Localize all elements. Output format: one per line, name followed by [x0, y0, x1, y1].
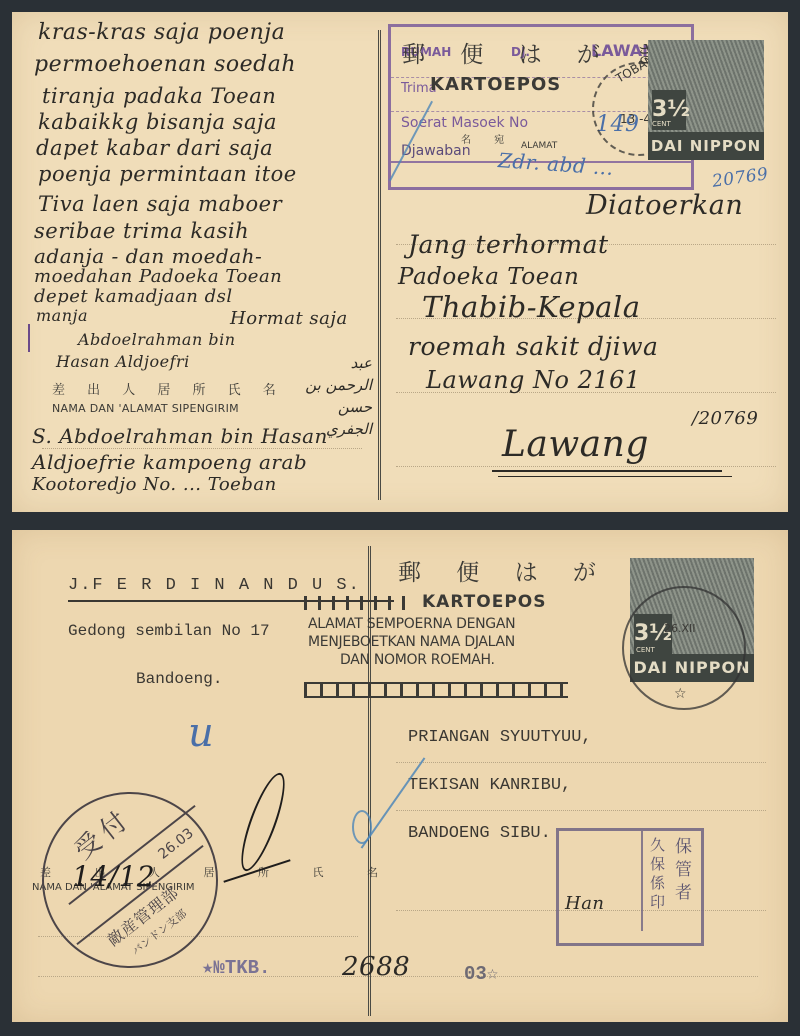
header-title: KARTOEPOS	[422, 592, 546, 612]
message-line: permoehoenan soedah	[34, 52, 296, 77]
registration-suffix: 03☆	[464, 962, 498, 985]
sender-label-japanese: 差 出 人 居 所 氏 名	[52, 379, 285, 398]
signature-line: Hasan Aldjoefri	[56, 352, 190, 371]
sender-address-line: S. Abdoelrahman bin Hasan	[32, 424, 328, 448]
address-line: PRIANGAN SYUUTYUU,	[408, 728, 592, 747]
sender-address: Gedong sembilan No 17	[68, 622, 270, 640]
address-line: Diatoerkan	[586, 190, 743, 221]
postmark: 26.XII ☆	[622, 586, 746, 710]
sender-label: NAMA DAN 'ALAMAT SIPENGIRIM	[52, 402, 239, 415]
blue-mark: u	[188, 710, 214, 756]
receipt-circle-stamp: 受付 26.03 14/12 敵産管理部 バンドン支部	[42, 792, 218, 968]
violet-mark	[28, 324, 30, 352]
message-line: Tiva laen saja maboer	[38, 192, 282, 216]
dotted-line	[396, 466, 776, 467]
message-line: depet kamadjaan dsl	[34, 286, 233, 307]
sender-address-line: Aldjoefrie kampoeng arab	[32, 450, 307, 474]
address-city: Lawang	[502, 424, 649, 465]
underline	[498, 476, 732, 477]
header-title: KARTOEPOS	[430, 74, 561, 95]
card-divider	[378, 30, 381, 500]
dotted-line	[42, 448, 362, 449]
address-line: Padoeka Toean	[398, 264, 579, 290]
message-line: seribae trima kasih	[34, 219, 249, 243]
registration-number: 2688	[342, 952, 410, 982]
message-line: kabaikkg bisanja saja	[38, 110, 277, 134]
underline	[492, 470, 722, 472]
sender-address-line: Kootoredjo No. ... Toeban	[32, 474, 277, 495]
message-line: adanja - dan moedah-	[34, 244, 262, 268]
header-japanese: 郵 便 は が き	[398, 554, 668, 587]
custody-signature: Han	[565, 893, 605, 914]
slogan-line: DAN NOMOR ROEMAH.	[340, 652, 495, 668]
postcard-front-bandoeng: J.F E R D I N A N D U S. Gedong sembilan…	[12, 530, 788, 1022]
address-label-japanese: 名 宛	[461, 131, 514, 146]
message-line: moedahan Padoeka Toean	[34, 266, 282, 287]
signature-line: Abdoelrahman bin	[78, 330, 236, 349]
message-line: poenja permintaan itoe	[38, 162, 297, 186]
registration-stamp: ★№TKB.	[202, 956, 270, 979]
closing: Hormat saja	[230, 308, 348, 329]
postage-stamp: 3½ CENT DAI NIPPON	[648, 40, 764, 160]
ornament-border	[304, 682, 568, 698]
address-line: roemah sakit djiwa	[408, 332, 658, 361]
address-line: Lawang No 2161	[426, 366, 641, 394]
message-line: dapet kabar dari saja	[36, 136, 273, 160]
blue-reference: 20769	[711, 164, 770, 192]
slogan-line: MENJEBOETKAN NAMA DJALAN	[308, 634, 515, 650]
receipt-handwritten-date: 14/12	[72, 860, 155, 893]
custody-seal: 久保係印	[647, 837, 668, 913]
stamp-cent: CENT	[652, 120, 671, 128]
address-reference: /20769	[692, 408, 758, 429]
address-line: Thabib-Kepala	[422, 290, 640, 324]
sender-city: Bandoeng.	[136, 670, 222, 688]
slogan-line: ALAMAT SEMPOERNA DENGAN	[308, 616, 515, 632]
message-line: kras-kras saja poenja	[38, 20, 285, 45]
custody-label: 保管者	[669, 837, 694, 906]
star-icon: ☆	[674, 686, 687, 702]
dotted-line	[396, 762, 766, 763]
dotted-line	[396, 810, 766, 811]
message-line: tiranja padaka Toean	[42, 84, 276, 108]
blue-pencil-loop	[352, 810, 372, 844]
message-line: manja	[36, 306, 88, 325]
sender-name: J.F E R D I N A N D U S.	[68, 576, 361, 595]
address-line: Jang terhormat	[408, 230, 609, 259]
address-line: TEKISAN KANRIBU,	[408, 776, 571, 795]
ornament-border	[304, 596, 416, 610]
address-line: BANDOENG SIBU.	[408, 824, 551, 843]
signature-scribble	[233, 769, 293, 876]
postmark-date: 13 -4	[620, 112, 651, 126]
postcard-front-lawang: kras-kras saja poenja permoehoenan soeda…	[12, 12, 788, 512]
stamp-country: DAI NIPPON	[648, 132, 764, 160]
custody-stamp: 保管者 久保係印 Han	[556, 828, 704, 946]
postmark-date: 26.XII	[664, 622, 696, 635]
